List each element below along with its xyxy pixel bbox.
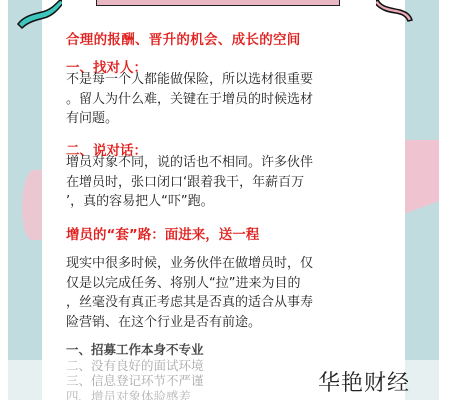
section-body-say-right: 增员对象不同，说的话也不相同。许多伙伴 在增员时，张口闭口‘跟着我干，年薪百万 … xyxy=(66,153,358,212)
text-line: 仅是以完成任务、将别人“拉”进来为目的 xyxy=(66,274,358,294)
pink-decoration-right xyxy=(405,140,439,260)
list-item: 一、招募工作本身不专业 xyxy=(66,342,204,358)
text-line: 现实中很多时候，业务伙伴在做增员时，仅 xyxy=(66,254,358,274)
teal-ribbon-icon xyxy=(14,0,62,30)
text-line: 不是每一个人都能做保险，所以选材很重要 xyxy=(66,70,358,90)
text-line: ，丝毫没有真正考虑其是否真的适合从事寿 xyxy=(66,293,358,313)
pink-ribbon-icon xyxy=(376,0,414,22)
pink-decoration-left xyxy=(22,170,44,240)
problem-list: 一、招募工作本身不专业 二、没有良好的面试环境 三、信息登记环节不严谨 四、增员… xyxy=(66,342,204,400)
frame-right-fade xyxy=(405,360,439,400)
subheadline: 增员的“套”路：面进来，送一程 xyxy=(66,223,259,243)
top-banner-bar xyxy=(96,0,340,6)
text-line: 增员对象不同，说的话也不相同。许多伙伴 xyxy=(66,153,358,173)
list-item: 二、没有良好的面试环境 xyxy=(66,358,204,374)
text-line: 。留人为什么难，关键在于增员的时候选材 xyxy=(66,90,358,110)
list-item: 三、信息登记环节不严谨 xyxy=(66,373,204,389)
text-line: 险营销、在这个行业是否有前途。 xyxy=(66,313,358,333)
section-body-find-people: 不是每一个人都能做保险，所以选材很重要 。留人为什么难，关键在于增员的时候选材 … xyxy=(66,70,358,129)
watermark: 华艳财经 xyxy=(318,366,410,397)
text-line: ’，真的容易把人“吓”跑。 xyxy=(66,192,358,212)
text-line: 在增员时，张口闭口‘跟着我干，年薪百万 xyxy=(66,173,358,193)
text-line: 有问题。 xyxy=(66,109,358,129)
frame-left-fade xyxy=(8,360,42,400)
list-item: 四、增员对象体验感差 xyxy=(66,389,204,400)
headline: 合理的报酬、晋升的机会、成长的空间 xyxy=(66,28,301,48)
main-paragraph: 现实中很多时候，业务伙伴在做增员时，仅 仅是以完成任务、将别人“拉”进来为目的 … xyxy=(66,254,358,332)
